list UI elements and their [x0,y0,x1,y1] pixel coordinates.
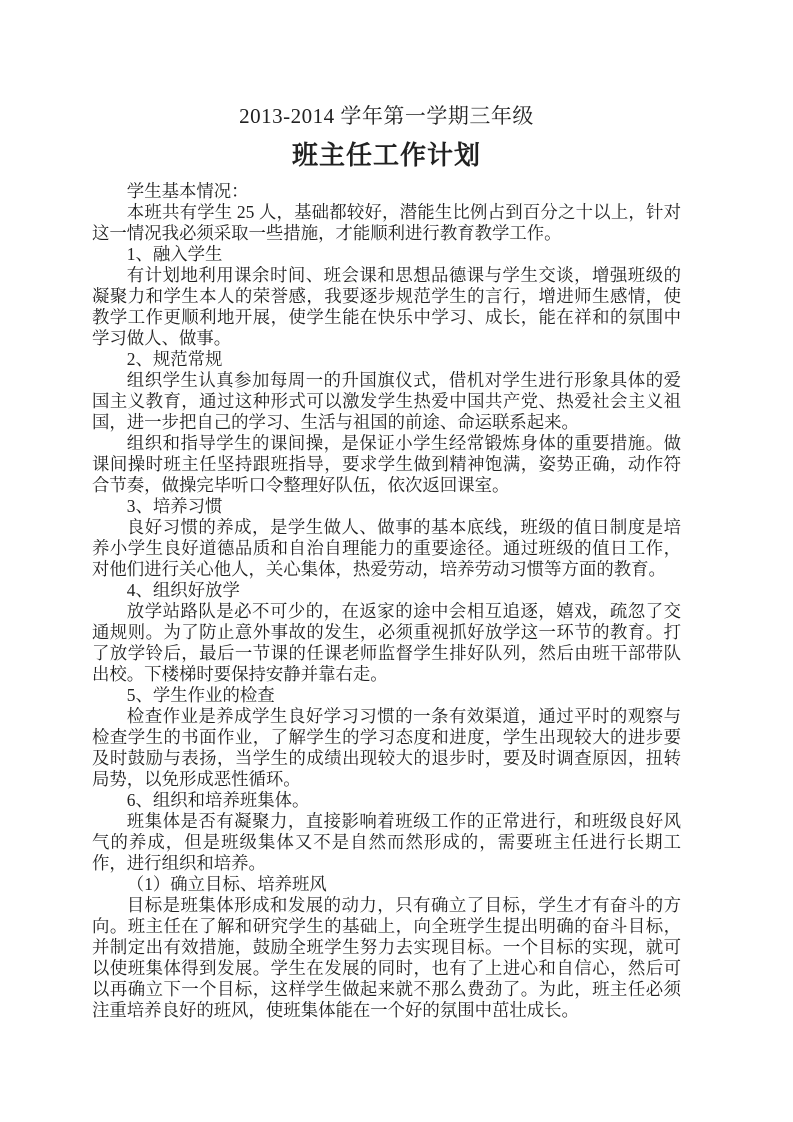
doc-paragraph: 良好习惯的养成，是学生做人、做事的基本底线，班级的值日制度是培养小学生良好道德品… [92,517,681,580]
document-page: 2013-2014 学年第一学期三年级 班主任工作计划 学生基本情况： 本班共有… [0,0,793,1122]
document-title: 班主任工作计划 [92,138,681,174]
doc-paragraph: 目标是班集体形成和发展的动力，只有确立了目标，学生才有奋斗的方向。班主任在了解和… [92,895,681,1021]
doc-paragraph: 组织和指导学生的课间操，是保证小学生经常锻炼身体的重要措施。做课间操时班主任坚持… [92,433,681,496]
doc-paragraph: 放学站路队是必不可少的，在返家的途中会相互追逐，嬉戏，疏忽了交通规则。为了防止意… [92,601,681,685]
doc-paragraph: 4、组织好放学 [92,580,681,601]
doc-paragraph: 组织学生认真参加每周一的升国旗仪式，借机对学生进行形象具体的爱国主义教育，通过这… [92,370,681,433]
doc-paragraph: 3、培养习惯 [92,496,681,517]
doc-paragraph: 1、融入学生 [92,244,681,265]
document-body: 学生基本情况： 本班共有学生 25 人，基础都较好，潜能生比例占到百分之十以上，… [92,181,681,1021]
doc-paragraph: 有计划地利用课余时间、班会课和思想品德课与学生交谈，增强班级的凝聚力和学生本人的… [92,265,681,349]
doc-paragraph: 检查作业是养成学生良好学习习惯的一条有效渠道，通过平时的观察与检查学生的书面作业… [92,706,681,790]
doc-paragraph: 5、学生作业的检查 [92,685,681,706]
doc-paragraph: 班集体是否有凝聚力，直接影响着班级工作的正常进行，和班级良好风气的养成，但是班级… [92,811,681,874]
doc-paragraph: 6、组织和培养班集体。 [92,790,681,811]
document-subtitle: 2013-2014 学年第一学期三年级 [92,100,681,132]
doc-paragraph: 本班共有学生 25 人，基础都较好，潜能生比例占到百分之十以上，针对这一情况我必… [92,202,681,244]
doc-paragraph: 2、规范常规 [92,349,681,370]
doc-paragraph: 学生基本情况： [92,181,681,202]
doc-paragraph: （1）确立目标、培养班风 [92,874,681,895]
